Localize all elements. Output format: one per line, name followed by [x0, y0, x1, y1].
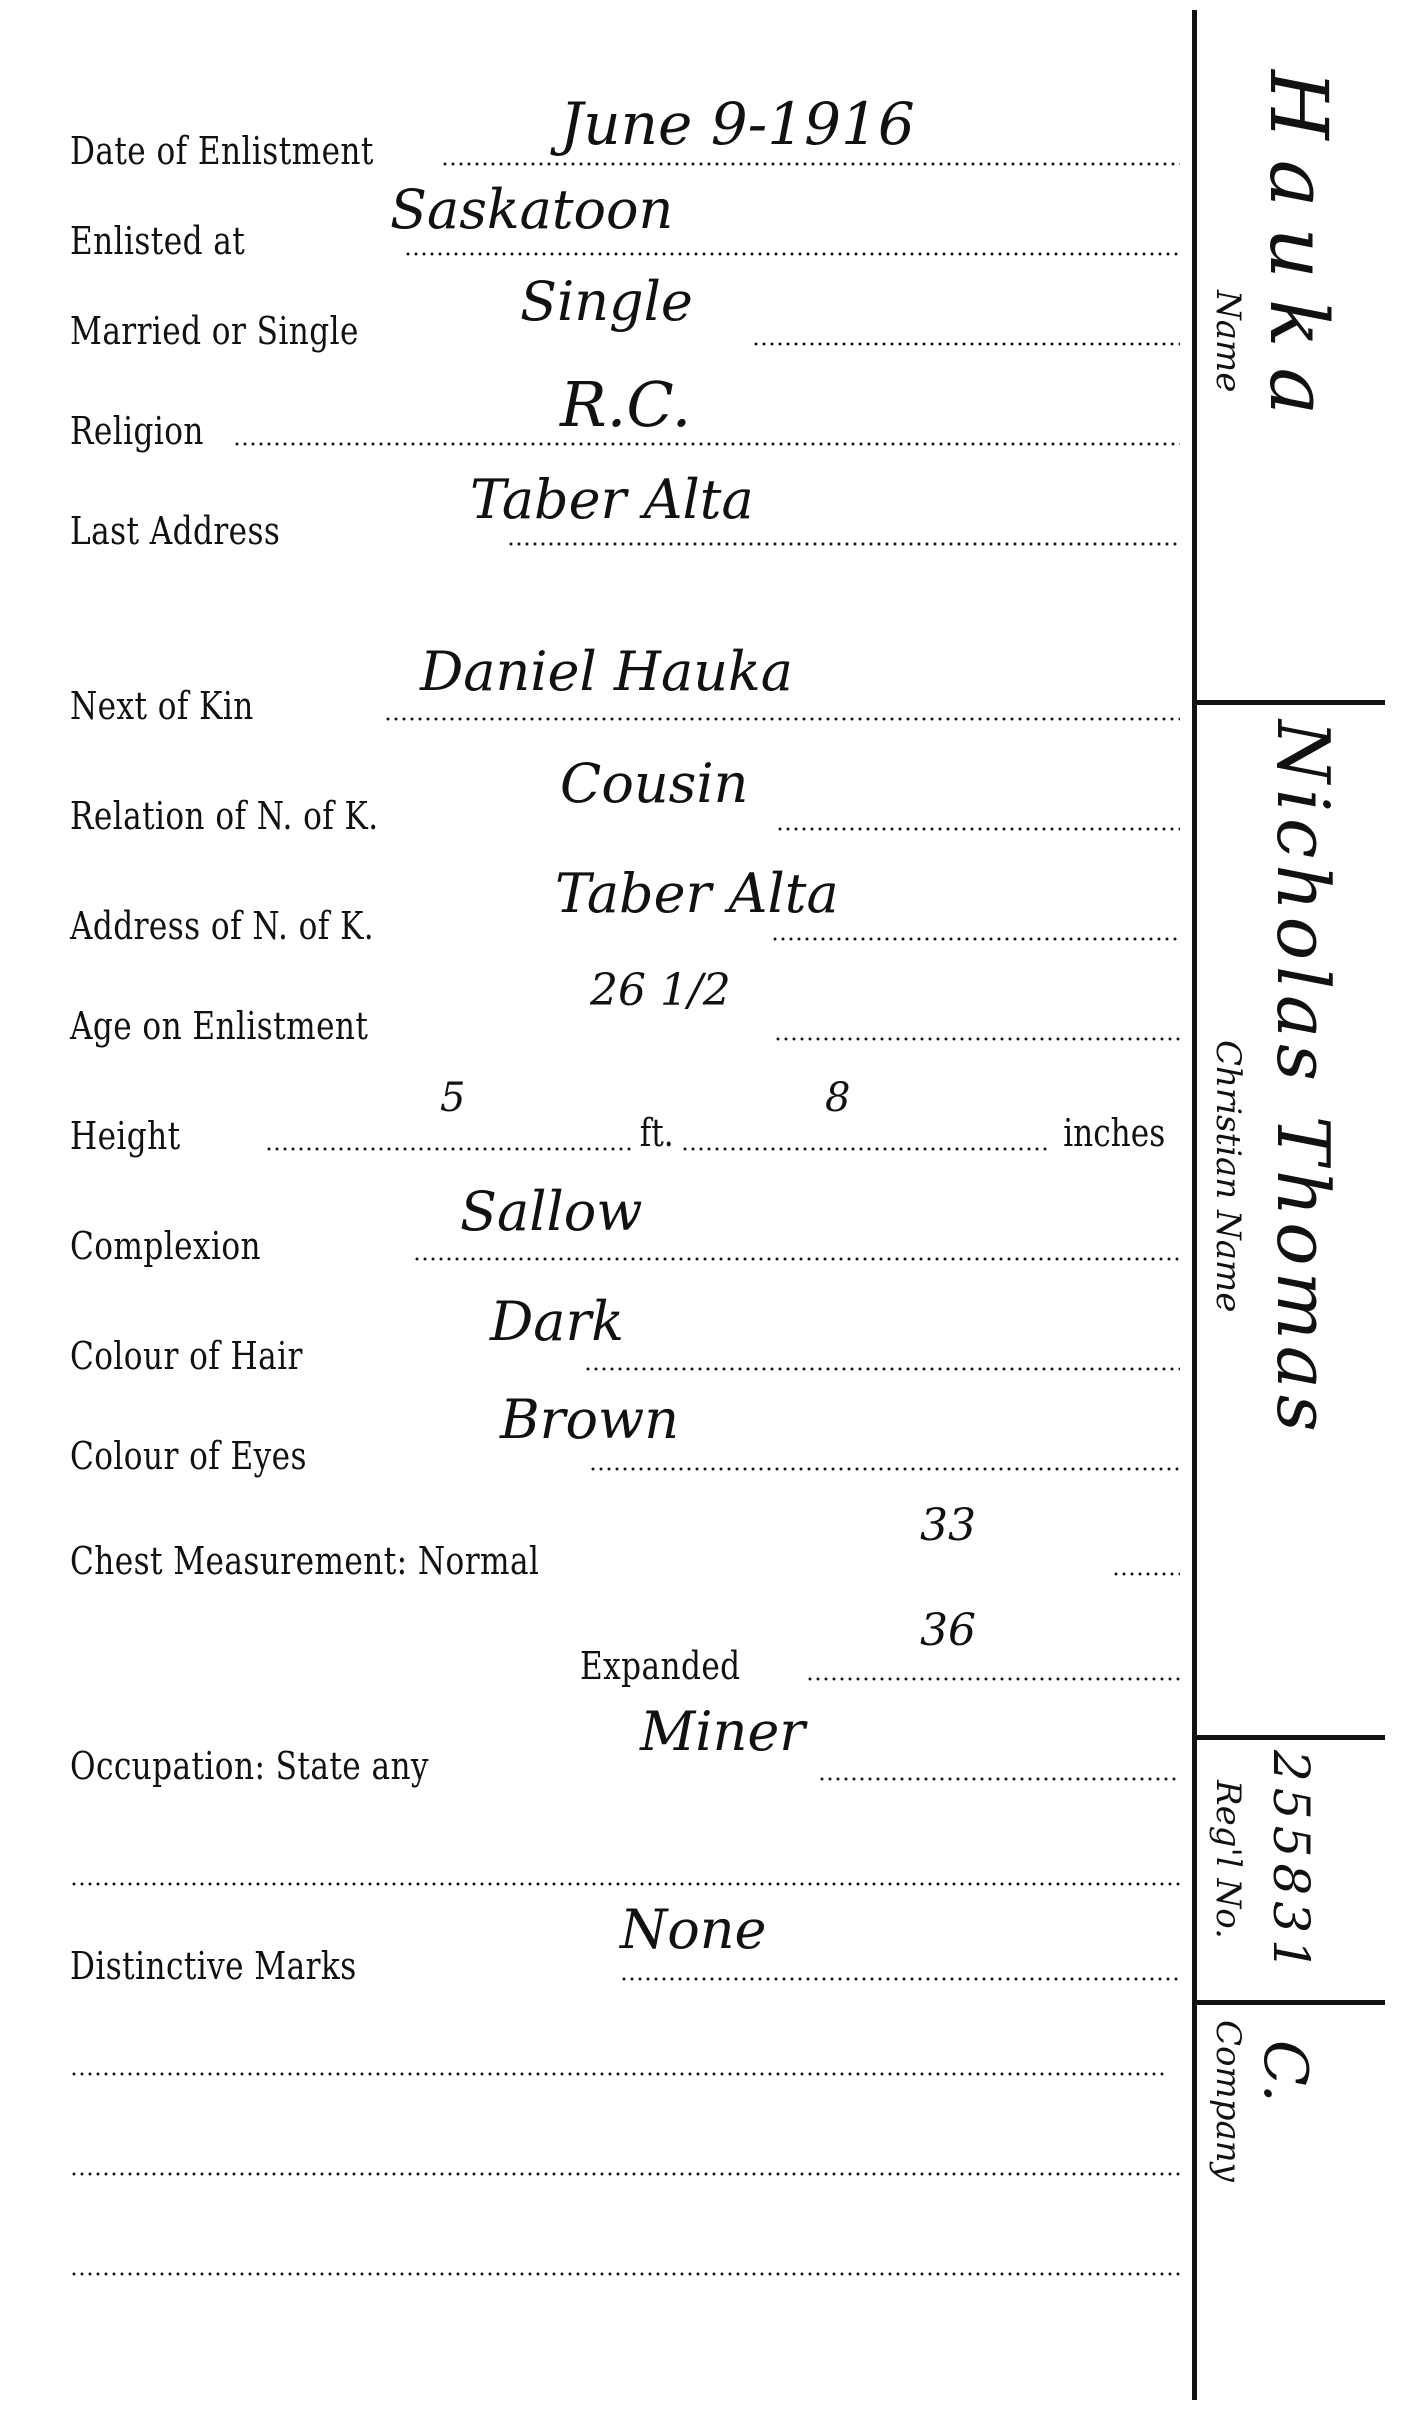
dotted-line	[404, 252, 1180, 256]
field-value-date-of-enlistment: June 9-1916	[560, 90, 915, 158]
field-value-relation-of-nok: Cousin	[560, 752, 748, 815]
field-value-next-of-kin: Daniel Hauka	[420, 640, 793, 703]
field-value-distinctive-marks: None	[620, 1898, 767, 1961]
dotted-line	[441, 162, 1180, 166]
attestation-card: Date of Enlistment June 9-1916 Enlisted …	[0, 0, 1402, 2418]
dotted-line	[776, 827, 1180, 831]
dotted-line	[589, 1467, 1180, 1471]
field-value-occupation: Miner	[640, 1700, 805, 1763]
field-occupation: Occupation: State any	[70, 1725, 1180, 1785]
field-value-colour-of-hair: Dark	[490, 1290, 624, 1353]
dotted-line	[70, 2172, 1180, 2176]
dotted-line	[265, 1147, 632, 1151]
field-chest-expanded: Expanded	[580, 1625, 1180, 1685]
field-label: Married or Single	[70, 312, 359, 350]
dotted-line	[70, 2072, 1165, 2076]
field-value-chest-expanded: 36	[920, 1605, 976, 1656]
dotted-line	[384, 717, 1180, 721]
blank-line-1	[70, 2020, 1165, 2080]
dotted-line	[584, 1367, 1180, 1371]
field-occupation-continued	[70, 1830, 1180, 1890]
height-feet-unit: ft.	[636, 1111, 677, 1155]
field-label: Date of Enlistment	[70, 132, 374, 170]
dotted-line	[806, 1677, 1180, 1681]
field-value-enlisted-at: Saskatoon	[390, 178, 673, 241]
field-label: Enlisted at	[70, 222, 245, 260]
dotted-line	[70, 2272, 1180, 2276]
field-height: Height ft. inches	[70, 1095, 1180, 1155]
dotted-line	[818, 1777, 1180, 1781]
company-label: Company	[1208, 2020, 1248, 2182]
field-label: Occupation: State any	[70, 1747, 429, 1785]
column-divider	[1192, 10, 1197, 2400]
field-label: Height	[70, 1117, 181, 1155]
dotted-line	[413, 1257, 1180, 1261]
field-value-religion: R.C.	[560, 368, 691, 441]
name-label: Name	[1208, 290, 1248, 392]
regl-no-section-divider	[1195, 2000, 1385, 2005]
field-label: Distinctive Marks	[70, 1947, 357, 1985]
field-label: Colour of Hair	[70, 1337, 303, 1375]
dotted-line	[233, 442, 1180, 446]
field-label: Religion	[70, 412, 204, 450]
field-colour-of-hair: Colour of Hair	[70, 1315, 1180, 1375]
field-label: Relation of N. of K.	[70, 797, 379, 835]
field-value-complexion: Sallow	[460, 1180, 642, 1243]
christian-name-value: Nicholas Thomas	[1261, 720, 1345, 1438]
field-value-height-inches: 8	[825, 1075, 850, 1121]
field-label: Colour of Eyes	[70, 1437, 307, 1475]
field-value-married-or-single: Single	[520, 270, 693, 333]
name-section-divider	[1195, 700, 1385, 705]
company-value: C.	[1250, 2040, 1320, 2103]
field-label: Last Address	[70, 512, 280, 550]
field-label: Chest Measurement: Normal	[70, 1542, 539, 1580]
field-value-height-feet: 5	[440, 1075, 465, 1121]
field-label: Age on Enlistment	[70, 1007, 368, 1045]
field-value-age-on-enlistment: 26 1/2	[590, 965, 731, 1016]
field-label: Address of N. of K.	[70, 907, 374, 945]
field-label: Next of Kin	[70, 687, 254, 725]
dotted-line	[620, 1977, 1180, 1981]
dotted-line	[70, 1882, 1180, 1886]
field-label: Complexion	[70, 1227, 261, 1265]
field-chest-normal: Chest Measurement: Normal	[70, 1520, 1180, 1580]
name-value: Hauka	[1252, 70, 1345, 435]
christian-name-section-divider	[1195, 1735, 1385, 1740]
field-value-address-of-nok: Taber Alta	[555, 862, 839, 925]
regl-no-value: 255831	[1262, 1750, 1320, 1977]
blank-line-2	[70, 2120, 1180, 2180]
christian-name-label: Christian Name	[1208, 1040, 1248, 1312]
height-inches-unit: inches	[1060, 1111, 1169, 1155]
field-value-chest-normal: 33	[920, 1500, 976, 1551]
blank-line-3	[70, 2220, 1180, 2280]
dotted-line	[681, 1147, 1048, 1151]
dotted-line	[752, 342, 1180, 346]
field-value-last-address: Taber Alta	[470, 468, 754, 531]
dotted-line	[507, 542, 1181, 546]
dotted-line	[774, 1037, 1180, 1041]
regl-no-label: Reg'l No.	[1208, 1780, 1248, 1939]
dotted-line	[771, 937, 1180, 941]
dotted-line	[1112, 1572, 1180, 1576]
field-label: Expanded	[580, 1647, 741, 1685]
field-value-colour-of-eyes: Brown	[500, 1388, 679, 1451]
